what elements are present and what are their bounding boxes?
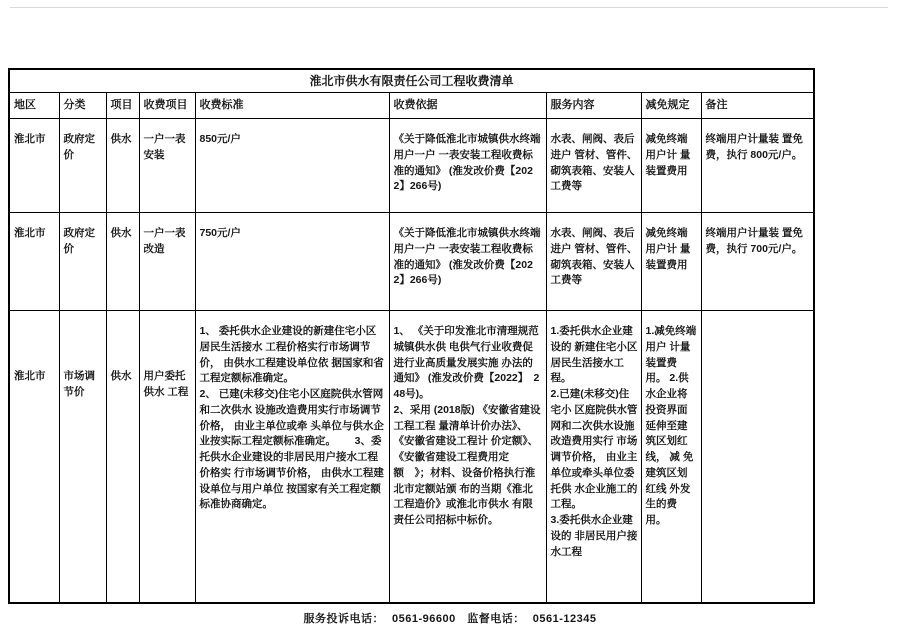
cell-service-content: 1.委托供水企业建设的 新建住宅小区居民生活接水工程。 2.已建(未移交)住宅小… [546, 311, 641, 603]
cell-fee-basis: 《关于降低淮北市城镇供水终端用户一户 一表安装工程收费标准的通知》 (淮发改价费… [389, 119, 546, 213]
cell-fee-item: 一户一表安装 [139, 119, 195, 213]
service-phone-value: 0561-96600 [392, 613, 456, 625]
cell-region: 淮北市 [9, 119, 59, 213]
supervision-phone-value: 0561-12345 [533, 613, 597, 625]
cell-category: 政府定价 [59, 213, 106, 311]
col-header-category: 分类 [59, 93, 106, 119]
col-header-service-content: 服务内容 [546, 93, 641, 119]
col-header-exemption-rules: 减免规定 [641, 93, 701, 119]
table-row: 淮北市 市场调节价 供水 用户委托供水 工程 1、 委托供水企业建设的新建住宅小… [9, 311, 814, 603]
table-row: 淮北市 政府定价 供水 一户一表改造 750元/户 《关于降低淮北市城镇供水终端… [9, 213, 814, 311]
cell-fee-standard: 750元/户 [195, 213, 389, 311]
cell-remarks: 终端用户计量装 置免费，执行 800元/户。 [701, 119, 814, 213]
cell-exemption-rules: 减免终端用户计 量装置费用 [641, 213, 701, 311]
cell-category: 政府定价 [59, 119, 106, 213]
footer-contact: 服务投诉电话：0561-96600 监督电话：0561-12345 [0, 610, 900, 626]
cell-item: 供水 [106, 311, 139, 603]
col-header-fee-basis: 收费依据 [389, 93, 546, 119]
title-row: 淮北市供水有限责任公司工程收费清单 [9, 69, 814, 93]
fee-table: 淮北市供水有限责任公司工程收费清单 地区 分类 项目 收费项目 收费标准 收费依… [8, 68, 815, 604]
scan-edge-line [10, 7, 888, 8]
cell-item: 供水 [106, 213, 139, 311]
cell-remarks [701, 311, 814, 603]
cell-service-content: 水表、闸阀、表后进户 管材、管件、砌筑表箱、安装人工费等 [546, 119, 641, 213]
cell-fee-basis: 1、 《关于印发淮北市清理规范城镇供水供 电供气行业收费促进行业高质量发展实施 … [389, 311, 546, 603]
col-header-region: 地区 [9, 93, 59, 119]
service-phone-label: 服务投诉电话： [303, 613, 384, 625]
cell-remarks: 终端用户计量装 置免费，执行 700元/户。 [701, 213, 814, 311]
supervision-phone-label: 监督电话： [467, 613, 525, 625]
col-header-remarks: 备注 [701, 93, 814, 119]
cell-service-content: 水表、闸阀、表后进户 管材、管件、砌筑表箱、安装人工费等 [546, 213, 641, 311]
col-header-fee-item: 收费项目 [139, 93, 195, 119]
cell-region: 淮北市 [9, 311, 59, 603]
cell-fee-item: 用户委托供水 工程 [139, 311, 195, 603]
cell-fee-basis: 《关于降低淮北市城镇供水终端用户一户 一表安装工程收费标准的通知》 (淮发改价费… [389, 213, 546, 311]
cell-region: 淮北市 [9, 213, 59, 311]
cell-exemption-rules: 减免终端用户计 量装置费用 [641, 119, 701, 213]
cell-fee-standard: 850元/户 [195, 119, 389, 213]
document-title: 淮北市供水有限责任公司工程收费清单 [9, 69, 814, 93]
table-header-row: 地区 分类 项目 收费项目 收费标准 收费依据 服务内容 减免规定 备注 [9, 93, 814, 119]
col-header-item: 项目 [106, 93, 139, 119]
cell-fee-item: 一户一表改造 [139, 213, 195, 311]
cell-category: 市场调节价 [59, 311, 106, 603]
document-page: 淮北市供水有限责任公司工程收费清单 地区 分类 项目 收费项目 收费标准 收费依… [0, 0, 900, 636]
cell-fee-standard: 1、 委托供水企业建设的新建住宅小区居民生活接水 工程价格实行市场调节价， 由供… [195, 311, 389, 603]
cell-item: 供水 [106, 119, 139, 213]
cell-exemption-rules: 1.减免终端用户 计量装置费用。 2.供水企业将投资界面延伸至建 筑区划红线， … [641, 311, 701, 603]
col-header-fee-standard: 收费标准 [195, 93, 389, 119]
table-row: 淮北市 政府定价 供水 一户一表安装 850元/户 《关于降低淮北市城镇供水终端… [9, 119, 814, 213]
